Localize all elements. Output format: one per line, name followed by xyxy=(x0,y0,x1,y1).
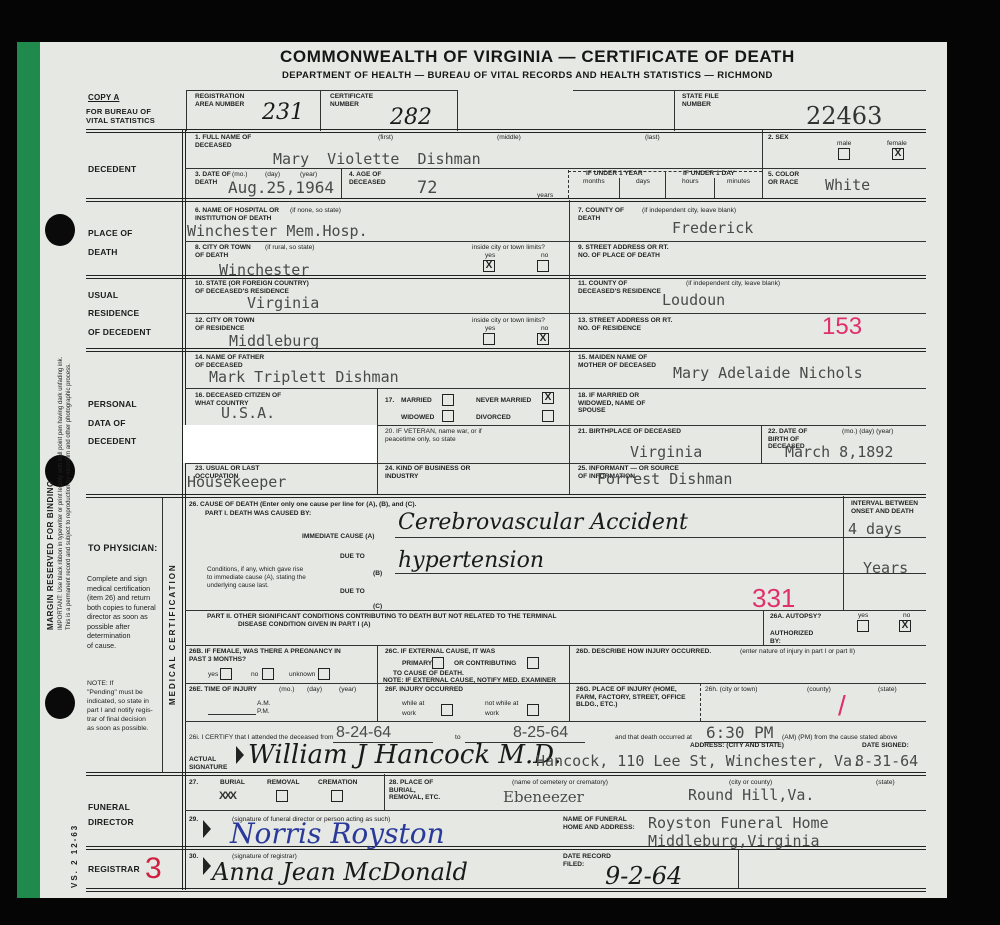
death-inside-limits-yes[interactable]: X xyxy=(483,260,495,272)
residence-limits-label: inside city or town limits? xyxy=(472,317,545,325)
race-label: 5. COLOR OR RACE xyxy=(768,171,808,186)
section-usual-residence-3: OF DECEDENT xyxy=(88,327,151,337)
cause-label: 26. CAUSE OF DEATH (Enter only one cause… xyxy=(189,501,416,509)
certificate-title: COMMONWEALTH OF VIRGINIA — CERTIFICATE O… xyxy=(280,47,795,67)
rule xyxy=(395,537,926,538)
rule xyxy=(185,610,926,611)
rule xyxy=(763,610,764,645)
married-checkbox[interactable] xyxy=(442,394,454,406)
am-label: A.M. xyxy=(257,700,271,708)
interval-a-value: 4 days xyxy=(848,520,902,538)
city-of-death-label: 8. CITY OR TOWN OF DEATH xyxy=(195,244,255,259)
form-code: VS. 2 12-63 xyxy=(70,824,79,888)
mother-value: Mary Adelaide Nichols xyxy=(673,364,863,382)
section-registrar: REGISTRAR xyxy=(88,864,140,874)
part2-label: PART II. OTHER SIGNIFICANT CONDITIONS CO… xyxy=(207,613,557,621)
rule xyxy=(568,170,569,198)
part1-label: PART I. DEATH WAS CAUSED BY: xyxy=(205,510,311,518)
b-label: (B) xyxy=(373,570,382,578)
county-of-death-value: Frederick xyxy=(672,219,753,237)
physician-signature: William J Hancock M.D. xyxy=(248,740,561,770)
last-hint: (last) xyxy=(645,134,660,142)
date-signed-label: DATE SIGNED: xyxy=(862,742,909,750)
county-residence-label: 11. COUNTY OF DECEASED'S RESIDENCE xyxy=(578,280,668,295)
due-to-c-label: DUE TO xyxy=(340,588,365,596)
punch-hole-bottom xyxy=(45,687,75,719)
rule xyxy=(86,129,926,133)
rule xyxy=(185,168,926,169)
autopsy-no-label: no xyxy=(903,612,910,620)
medical-certification-label: MEDICAL CERTIFICATION xyxy=(168,563,177,705)
rule xyxy=(761,425,762,463)
section-personal-data: PERSONAL xyxy=(88,399,137,409)
pregnancy-unknown-checkbox[interactable] xyxy=(318,668,330,680)
rule xyxy=(395,573,926,574)
funeral-arrow-icon xyxy=(203,820,211,838)
interval-b-value: Years xyxy=(863,559,908,577)
date-signed-value: 8-31-64 xyxy=(855,752,918,770)
veteran-label: 20. IF VETERAN, name war, or if peacetim… xyxy=(385,428,495,443)
funeral-director-signature: Norris Royston xyxy=(230,817,445,850)
autopsy-label: 26a. AUTOPSY? xyxy=(770,613,821,621)
autopsy-yes-label: yes xyxy=(858,612,868,620)
days-label: days xyxy=(636,178,650,186)
sex-label: 2. SEX xyxy=(768,134,789,142)
rule xyxy=(843,496,844,610)
rule xyxy=(185,313,926,314)
injury-county-label: (county) xyxy=(807,686,831,694)
date-of-death-value: Aug.25,1964 xyxy=(228,178,334,197)
city-of-death-value: Winchester xyxy=(219,261,309,279)
no-label: no xyxy=(541,252,548,260)
pm-label: P.M. xyxy=(257,708,270,716)
registration-area-value: 231 xyxy=(262,100,304,125)
while-at-work-checkbox[interactable] xyxy=(441,704,453,716)
contributing-label: or CONTRIBUTING xyxy=(454,660,516,668)
margin-instruction-1: IMPORTANT: Use black ribbon in typewrite… xyxy=(58,357,64,630)
rule xyxy=(186,90,187,131)
rule xyxy=(86,494,926,498)
not-while-at-work-checkbox[interactable] xyxy=(527,704,539,716)
cremation-label: CREMATION xyxy=(318,779,357,787)
interval-label: INTERVAL BETWEEN ONSET AND DEATH xyxy=(851,500,931,515)
section-funeral-2: DIRECTOR xyxy=(88,817,134,827)
section-personal-data-2: DATA OF xyxy=(88,418,126,428)
birth-date-value: March 8,1892 xyxy=(785,443,893,461)
burial-checkbox[interactable]: XXX xyxy=(219,790,235,802)
inside-limits-label: inside city or town limits? xyxy=(472,244,545,252)
cause-a-value: Cerebrovascular Accident xyxy=(398,510,688,535)
part2b-label: DISEASE CONDITION GIVEN IN PART I (A) xyxy=(238,621,371,629)
months-label: months xyxy=(583,178,605,186)
section-place-of-death: PLACE OF xyxy=(88,228,133,238)
divorced-label: DIVORCED xyxy=(476,414,511,422)
pregnancy-yes-checkbox[interactable] xyxy=(220,668,232,680)
residence-inside-limits-no[interactable]: X xyxy=(537,333,549,345)
never-married-label: NEVER MARRIED xyxy=(476,397,531,405)
injury-mo-hint: (mo.) xyxy=(279,686,294,694)
cause-red-mark: 331 xyxy=(752,583,795,614)
section-decedent: DECEDENT xyxy=(88,164,136,174)
residence-red-mark: 153 xyxy=(822,313,862,341)
signature-label: ACTUAL SIGNATURE xyxy=(189,756,229,771)
pending-note: NOTE: If "Pending" must be indicated, so… xyxy=(87,679,153,733)
never-married-checkbox[interactable]: X xyxy=(542,392,554,404)
c-label: (C) xyxy=(373,603,382,611)
occupation-value: Housekeeper xyxy=(187,473,286,491)
physician-address-value: Hancock, 110 Lee St, Winchester, Va. xyxy=(536,752,861,770)
father-label: 14. NAME OF FATHER OF DECEASED xyxy=(195,354,275,369)
widowed-label: WIDOWED xyxy=(401,414,434,422)
cause-b-value: hypertension xyxy=(398,548,544,573)
pregnancy-no-checkbox[interactable] xyxy=(262,668,274,680)
county-of-death-label: 7. COUNTY OF DEATH xyxy=(578,207,634,222)
green-binding-stripe xyxy=(17,42,40,898)
section-personal-data-3: DECEDENT xyxy=(88,436,136,446)
hours-label: hours xyxy=(682,178,699,186)
certificate-subtitle: DEPARTMENT OF HEALTH — BUREAU OF VITAL R… xyxy=(282,70,773,81)
section-usual-residence-2: RESIDENCE xyxy=(88,308,139,318)
section-funeral: FUNERAL xyxy=(88,802,130,812)
physician-note: Complete and sign medical certification … xyxy=(87,574,156,650)
injury-describe-label: 26d. DESCRIBE HOW INJURY OCCURRED. xyxy=(576,648,711,656)
under-year-label: IF UNDER 1 YEAR xyxy=(586,170,643,178)
business-label: 24. KIND OF BUSINESS OR INDUSTRY xyxy=(385,465,475,480)
married-label: MARRIED xyxy=(401,397,432,405)
rule xyxy=(86,348,926,352)
rule xyxy=(86,772,926,776)
age-unit: years xyxy=(537,192,553,200)
certificate-number-label: CERTIFICATE NUMBER xyxy=(330,93,380,108)
rule xyxy=(86,198,926,202)
widowed-checkbox[interactable] xyxy=(442,410,454,422)
time-of-injury-label: 26e. TIME OF INJURY xyxy=(189,686,257,694)
certificate-number-value: 282 xyxy=(390,105,432,130)
autopsy-yes-checkbox[interactable] xyxy=(857,620,869,632)
section-usual-residence: USUAL xyxy=(88,290,118,300)
rule xyxy=(457,90,458,131)
marital-label: 17. xyxy=(385,397,394,405)
rule xyxy=(185,388,926,389)
male-checkbox[interactable] xyxy=(838,148,850,160)
contributing-checkbox[interactable] xyxy=(527,657,539,669)
disposition-label: 27. xyxy=(189,779,198,787)
external-cause-label: 26c. IF EXTERNAL CAUSE, IT WAS xyxy=(385,648,495,656)
registrar-signature: Anna Jean McDonald xyxy=(212,858,468,886)
rule xyxy=(185,645,926,646)
full-name-value: Mary Violette Dishman xyxy=(273,150,481,168)
death-occurred-label: and that death occurred at xyxy=(615,734,692,742)
funeral-signature-label: 29. xyxy=(189,816,198,824)
conditions-note: Conditions, if any, which gave rise to i… xyxy=(207,566,306,590)
rule xyxy=(569,350,570,494)
hospital-label: 6. NAME OF HOSPITAL OR INSTITUTION OF DE… xyxy=(195,207,305,222)
funeral-home-label: NAME OF FUNERAL HOME AND ADDRESS: xyxy=(563,816,638,831)
pregnancy-unknown-label: unknown xyxy=(289,671,315,679)
external-note-label: NOTE: IF EXTERNAL CAUSE, NOTIFY MED. EXA… xyxy=(383,677,556,685)
county-of-death-hint: (if independent city, leave blank) xyxy=(642,207,736,215)
due-to-b-label: DUE TO xyxy=(340,553,365,561)
county-residence-hint: (if independent city, leave blank) xyxy=(686,280,780,288)
rule xyxy=(185,241,926,242)
rule xyxy=(738,850,739,888)
informant-value: Forrest Dishman xyxy=(597,470,732,488)
hospital-value: Winchester Mem.Hosp. xyxy=(187,222,368,240)
birth-date-hint: (mo.) (day) (year) xyxy=(842,428,893,436)
male-label: male xyxy=(837,140,851,148)
registrar-arrow-icon xyxy=(203,857,211,875)
place-of-injury-label: 26g. PLACE OF INJURY (home, farm, factor… xyxy=(576,686,691,709)
authorized-by-label: AUTHORIZED BY: xyxy=(770,630,815,645)
citizen-value: U.S.A. xyxy=(221,404,275,422)
first-hint: (first) xyxy=(378,134,393,142)
rule xyxy=(86,888,926,892)
rule xyxy=(665,171,666,198)
removal-label: REMOVAL xyxy=(267,779,299,787)
not-while-at-work-label: not while at work xyxy=(485,699,525,719)
registration-area-label: REGISTRATION AREA NUMBER xyxy=(195,93,255,108)
rule xyxy=(185,721,926,722)
city-residence-label: 12. CITY OR TOWN OF RESIDENCE xyxy=(195,317,255,332)
injury-day-hint: (day) xyxy=(307,686,322,694)
birthplace-label: 21. BIRTHPLACE OF DECEASED xyxy=(578,428,693,436)
signature-arrow-icon xyxy=(236,746,244,764)
primary-checkbox[interactable] xyxy=(432,657,444,669)
margin-instruction-2: This is a permanent record and subject t… xyxy=(66,363,72,630)
middle-hint: (middle) xyxy=(497,134,521,142)
rule xyxy=(714,178,715,198)
rule xyxy=(86,275,926,279)
yes-label: yes xyxy=(485,252,495,260)
injury-year-hint: (year) xyxy=(339,686,356,694)
cremation-checkbox[interactable] xyxy=(331,790,343,802)
state-residence-value: Virginia xyxy=(247,294,319,312)
rule xyxy=(185,463,926,464)
funeral-home-line1: Royston Funeral Home xyxy=(648,814,829,832)
rule xyxy=(186,90,458,91)
injury-red-mark: / xyxy=(838,690,846,722)
street-of-death-label: 9. STREET ADDRESS OR RT. NO. OF PLACE OF… xyxy=(578,244,678,259)
no-label-2: no xyxy=(541,325,548,333)
rule xyxy=(674,90,675,131)
death-time-value: 6:30 PM xyxy=(706,723,773,742)
pregnancy-yes-label: yes xyxy=(208,671,218,679)
state-file-value: 22463 xyxy=(806,102,882,130)
redacted-field-19 xyxy=(183,425,377,463)
injury-occurred-label: 26f. INJURY OCCURRED xyxy=(385,686,463,694)
date-filed-value: 9-2-64 xyxy=(605,862,682,890)
primary-label: PRIMARY xyxy=(402,660,432,668)
state-file-label: STATE FILE NUMBER xyxy=(682,93,727,108)
full-name-label: 1. FULL NAME OF DECEASED xyxy=(195,134,265,149)
rule xyxy=(320,90,321,131)
divorced-checkbox[interactable] xyxy=(542,410,554,422)
burial-city-value: Round Hill,Va. xyxy=(688,786,814,804)
age-value: 72 xyxy=(417,178,437,198)
rule xyxy=(208,714,256,715)
rule xyxy=(700,683,701,721)
residence-inside-limits-yes[interactable] xyxy=(483,333,495,345)
punch-hole-top xyxy=(45,214,75,246)
burial-state-hint: (state) xyxy=(876,779,895,787)
copy-label: COPY A xyxy=(88,93,119,102)
state-residence-label: 10. STATE (OR FOREIGN COUNTRY) OF DECEAS… xyxy=(195,280,310,295)
street-residence-label: 13. STREET ADDRESS OR RT. NO. OF RESIDEN… xyxy=(578,317,678,332)
yes-label-2: yes xyxy=(485,325,495,333)
minutes-label: minutes xyxy=(727,178,750,186)
while-at-work-label: while at work xyxy=(402,699,436,719)
female-label: female xyxy=(887,140,907,148)
female-checkbox[interactable]: X xyxy=(892,148,904,160)
rule xyxy=(573,90,926,91)
injury-city-label: 26h. (city or town) xyxy=(705,686,757,694)
removal-checkbox[interactable] xyxy=(276,790,288,802)
registrar-signature-label: 30. xyxy=(189,853,198,861)
rule xyxy=(619,178,620,198)
rule xyxy=(569,200,570,348)
copy-sub: FOR BUREAU OF VITAL STATISTICS xyxy=(86,107,172,125)
rule xyxy=(182,130,186,890)
death-inside-limits-no[interactable] xyxy=(537,260,549,272)
pregnancy-label: 26b. IF FEMALE, WAS THERE A PREGNANCY IN… xyxy=(189,648,359,663)
autopsy-no-checkbox[interactable]: X xyxy=(899,620,911,632)
hospital-hint: (if none, so state) xyxy=(290,207,341,215)
ampm-label: (AM) (PM) from the cause stated above xyxy=(782,734,897,742)
city-of-death-hint: (if rural, so state) xyxy=(265,244,314,252)
burial-label: BURIAL xyxy=(220,779,245,787)
mother-label: 15. MAIDEN NAME OF MOTHER OF DECEASED xyxy=(578,354,663,369)
father-value: Mark Triplett Dishman xyxy=(209,368,399,386)
birthplace-value: Virginia xyxy=(630,443,702,461)
address-label: ADDRESS: (CITY AND STATE) xyxy=(690,742,784,750)
pregnancy-no-label: no xyxy=(251,671,258,679)
rule xyxy=(185,810,926,811)
section-place-of-death-2: DEATH xyxy=(88,247,118,257)
race-value: White xyxy=(825,176,870,194)
rule xyxy=(762,130,763,198)
margin-title: MARGIN RESERVED FOR BINDING xyxy=(46,480,55,630)
rule xyxy=(162,497,163,773)
spouse-label: 18. IF MARRIED OR WIDOWED, NAME OF SPOUS… xyxy=(578,392,673,415)
age-label: 4. AGE OF DECEASED xyxy=(349,171,399,186)
under-day-label: IF UNDER 1 DAY xyxy=(683,170,735,178)
cemetery-value: Ebeneezer xyxy=(503,788,584,806)
injury-describe-hint: (enter nature of injury in part I or par… xyxy=(740,648,855,656)
rule xyxy=(384,774,385,810)
city-residence-value: Middleburg xyxy=(229,332,319,350)
rule xyxy=(341,168,342,198)
funeral-home-line2: Middleburg,Virginia xyxy=(648,832,820,850)
rule xyxy=(377,388,378,494)
cemetery-hint: (name of cemetery or crematory) xyxy=(512,779,608,787)
immediate-cause-label: IMMEDIATE CAUSE (A) xyxy=(302,533,374,541)
section-to-physician: TO PHYSICIAN: xyxy=(88,543,158,553)
place-of-burial-label: 28. PLACE OF BURIAL, REMOVAL, ETC. xyxy=(389,779,449,802)
injury-state-label: (state) xyxy=(878,686,897,694)
county-residence-value: Loudoun xyxy=(662,291,725,309)
registrar-red-mark: 3 xyxy=(145,852,162,886)
